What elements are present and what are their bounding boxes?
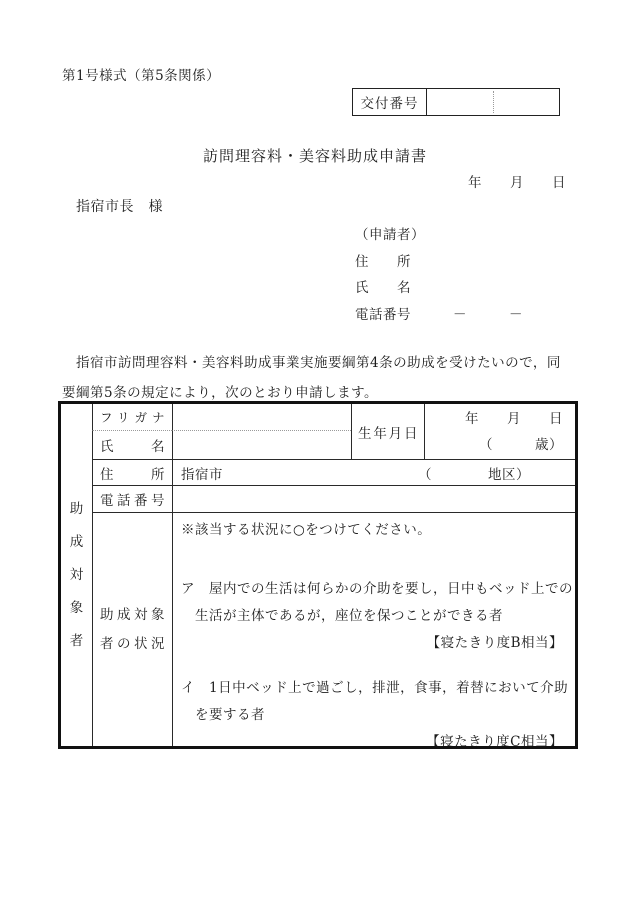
phone-label-cell: 電話番号 bbox=[92, 485, 172, 512]
name-value-field bbox=[172, 430, 351, 459]
category-label: 助成対象者 bbox=[69, 493, 84, 658]
applicant-phone-value: － － bbox=[453, 307, 523, 323]
issue-number-divider bbox=[493, 91, 494, 113]
name-label-cell: 氏 名 bbox=[92, 430, 172, 459]
dob-label-cell: 生年月日 bbox=[351, 404, 424, 459]
issue-number-label: 交付番号 bbox=[353, 89, 427, 115]
issue-number-box: 交付番号 bbox=[352, 88, 560, 116]
status-option-b-grade: 【寝たきり度C相当】 bbox=[181, 729, 565, 746]
dob-label: 生年月日 bbox=[352, 422, 424, 442]
status-option-b-line1: イ 1日中ベッド上で過ごし，排泄，食事，着替において介助 bbox=[181, 675, 565, 702]
address-label-cell: 住 所 bbox=[92, 459, 172, 485]
address-value-field: 指宿市 （ 地区） bbox=[172, 459, 575, 485]
status-option-a-grade: 【寝たきり度B相当】 bbox=[181, 630, 565, 657]
kana-value-field bbox=[172, 404, 351, 430]
intro-line-1: 指宿市訪問理容料・美容料助成事業実施要綱第4条の助成を受けたいので，同 bbox=[62, 348, 602, 378]
applicant-heading: （申請者） bbox=[355, 222, 523, 249]
form-number: 第1号様式（第5条関係） bbox=[62, 64, 220, 84]
dob-date-line: 年 月 日 bbox=[425, 404, 563, 432]
addressee: 指宿市長 様 bbox=[76, 196, 163, 216]
applicant-address-label: 住 所 bbox=[355, 249, 523, 276]
status-option-a-line1: ア 屋内での生活は何らかの介助を要し，日中もベッド上での bbox=[181, 576, 565, 603]
status-note: ※該当する状況に○をつけてください。 bbox=[181, 517, 565, 544]
applicant-phone-label: 電話番号 bbox=[355, 307, 411, 323]
issue-number-value-field bbox=[427, 89, 559, 115]
status-value-cell: ※該当する状況に○をつけてください。 ア 屋内での生活は何らかの介助を要し，日中… bbox=[172, 512, 575, 746]
intro-paragraph: 指宿市訪問理容料・美容料助成事業実施要綱第4条の助成を受けたいので，同 要綱第5… bbox=[62, 348, 602, 408]
phone-label: 電話番号 bbox=[93, 489, 172, 509]
header-date-line: 年 月 日 bbox=[468, 171, 566, 191]
page-title: 訪問理容料・美容料助成申請書 bbox=[0, 145, 630, 166]
dob-value-field: 年 月 日 （ 歳） bbox=[424, 404, 575, 459]
category-cell: 助成対象者 bbox=[61, 404, 92, 746]
application-form-page: 第1号様式（第5条関係） 交付番号 訪問理容料・美容料助成申請書 年 月 日 指… bbox=[0, 0, 630, 903]
address-label: 住 所 bbox=[93, 463, 172, 483]
status-label-line2: 者の状況 bbox=[93, 630, 172, 659]
kana-label: フリガナ bbox=[93, 408, 172, 426]
applicant-name-label: 氏 名 bbox=[355, 275, 523, 302]
status-label-cell: 助成対象 者の状況 bbox=[92, 512, 172, 746]
applicant-info-table: 助成対象者 フリガナ 氏 名 生年月日 年 月 日 （ 歳） 住 所 指宿市 （… bbox=[58, 401, 578, 749]
kana-label-cell: フリガナ bbox=[92, 404, 172, 430]
dob-age-line: （ 歳） bbox=[425, 432, 563, 459]
address-city: 指宿市 bbox=[181, 463, 223, 483]
name-label: 氏 名 bbox=[93, 435, 172, 455]
status-option-a-line2: 生活が主体であるが，座位を保つことができる者 bbox=[181, 603, 565, 630]
status-option-b-line2: を要する者 bbox=[181, 702, 565, 729]
status-label-line1: 助成対象 bbox=[93, 601, 172, 630]
applicant-block: （申請者） 住 所 氏 名 電話番号－ － bbox=[355, 222, 523, 328]
phone-value-field bbox=[172, 485, 575, 512]
address-district: （ 地区） bbox=[418, 463, 530, 483]
applicant-phone-row: 電話番号－ － bbox=[355, 302, 523, 329]
